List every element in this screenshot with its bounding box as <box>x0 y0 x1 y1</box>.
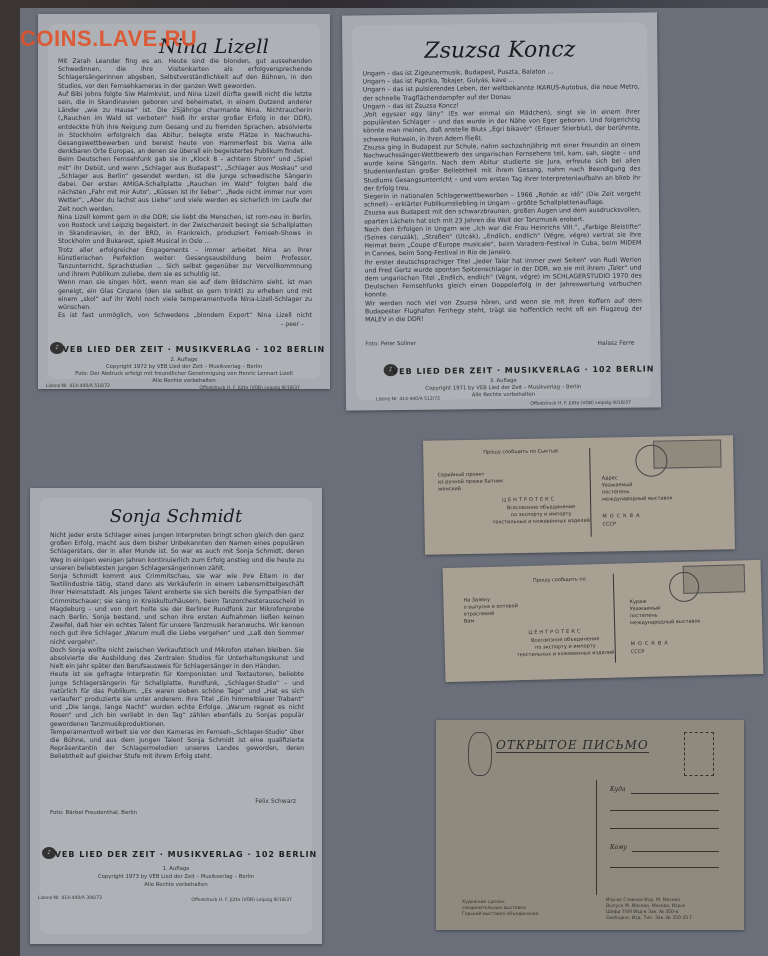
card-photo-credit: Foto: Peter Süllner <box>365 341 416 348</box>
postcard-centrotex-2: Прошу сообщить по На Заявку о выпуске в … <box>443 560 764 682</box>
postcard-left-text: На Заявку о выпуске в оптовой отраслевой… <box>463 596 518 625</box>
postmark-icon <box>635 444 668 477</box>
open-letter-heading: ОТКРЫТОЕ ПИСЬМО <box>496 738 649 753</box>
field-line <box>610 810 719 811</box>
field-whom-label: Кому <box>610 844 627 851</box>
postcard-org-desc: Всесоюзное объединение по экспорту и имп… <box>492 504 590 527</box>
card-note: Foto: Der Abdruck erfolgt mit freundlich… <box>38 371 330 378</box>
postcard-divider <box>589 448 592 537</box>
card-license: Lizenz-Nr. 414-440/A 306/73 <box>38 896 102 901</box>
card-license: Lizenz-Nr. 414-440/A 516/72 <box>46 384 110 389</box>
postcard-org-desc: Всесоюзное объединение по экспорту и имп… <box>516 636 614 660</box>
card-byline: Felix Schwarz <box>255 798 296 805</box>
card-printer: Offsetdruck H. F. Jütte (VOB) Leipzig II… <box>199 386 300 391</box>
watermark-logo: COINS.LAVE.RU <box>20 26 197 52</box>
postcard-org-name: ЦЕНТРОТЕКС <box>502 496 556 504</box>
card-sonja-schmidt: Sonja Schmidt Nicht jeder erste Schlager… <box>30 488 322 944</box>
card-edition: 2. Auflage <box>38 357 330 364</box>
card-nina-lizell: Nina Lizell Mit Zarah Leander fing es an… <box>38 14 330 389</box>
card-license: Lizenz-Nr. 414-440/A 512/72 <box>376 397 440 403</box>
card-body: Mit Zarah Leander fing es an. Heute sind… <box>58 58 312 320</box>
field-line <box>610 867 719 868</box>
card-edition: 1. Auflage <box>30 866 322 873</box>
open-letter-divider <box>596 780 597 895</box>
card-byline: Halasz Ferre <box>597 340 634 347</box>
card-zsuzsa-koncz: Zsuzsa Koncz Ungarn – das ist Zigeunermu… <box>342 12 661 410</box>
emblem-icon <box>468 732 492 776</box>
open-letter-card: ОТКРЫТОЕ ПИСЬМО Куда Кому Художник сдела… <box>436 720 744 930</box>
card-title: Zsuzsa Koncz <box>342 36 657 64</box>
card-byline: – peer – <box>281 321 304 328</box>
card-title: Sonja Schmidt <box>30 506 322 527</box>
card-body: Ungarn – das ist Zigeunermusik, Budapest… <box>363 68 643 333</box>
card-body: Nicht jeder erste Schlager eines jungen … <box>50 532 304 794</box>
card-rights: Alle Rechte vorbehalten <box>30 882 322 889</box>
postcard-org-name: ЦЕНТРОТЕКС <box>528 629 582 637</box>
postcard-top-line: Прошу сообщить по <box>533 576 586 584</box>
card-publisher: VEB LIED DER ZEIT · MUSIKVERLAG · 102 BE… <box>58 345 330 354</box>
postcard-country: СССР <box>602 521 616 528</box>
open-letter-bottom-right: Изд-во Главное Изд. М. Москва Выпуск М. … <box>606 898 694 922</box>
card-copyright: Copyright 1973 by VEB Lied der Zeit – Mu… <box>30 874 322 881</box>
card-photo-credit: Foto: Bärbel Freudenthal, Berlin <box>50 810 137 816</box>
postcard-address: Кураж Уважаемый постепень международный … <box>629 597 700 627</box>
field-to-line <box>631 793 719 794</box>
postcard-top-line: Прошу сообщить по Сыктыв <box>483 448 558 456</box>
open-letter-bottom-left: Художник сделан соединительные выставки … <box>462 900 538 918</box>
field-line <box>610 828 719 829</box>
postcard-country: СССР <box>631 649 645 656</box>
postcard-left-text: Серийный проект из ручной пряжи Батник ж… <box>438 471 504 493</box>
postcard-address: Адрес Уважаемый постепень международный … <box>602 474 673 503</box>
stamp-box <box>684 732 714 776</box>
postcard-centrotex-1: Прошу сообщить по Сыктыв Серийный проект… <box>423 435 735 554</box>
field-whom-line <box>632 851 719 852</box>
card-publisher: VEB LIED DER ZEIT · MUSIKVERLAG · 102 BE… <box>50 850 322 859</box>
postcard-city: МОСКВА <box>602 513 642 521</box>
card-copyright: Copyright 1972 by VEB Lied der Zeit – Mu… <box>38 364 330 371</box>
card-printer: Offsetdruck H. F. Jütte (VOB) Leipzig II… <box>530 401 631 407</box>
field-to-label: Куда <box>610 786 626 793</box>
postcard-city: МОСКВА <box>631 640 671 648</box>
card-printer: Offsetdruck H. F. Jütte (VOB) Leipzig II… <box>191 898 292 903</box>
